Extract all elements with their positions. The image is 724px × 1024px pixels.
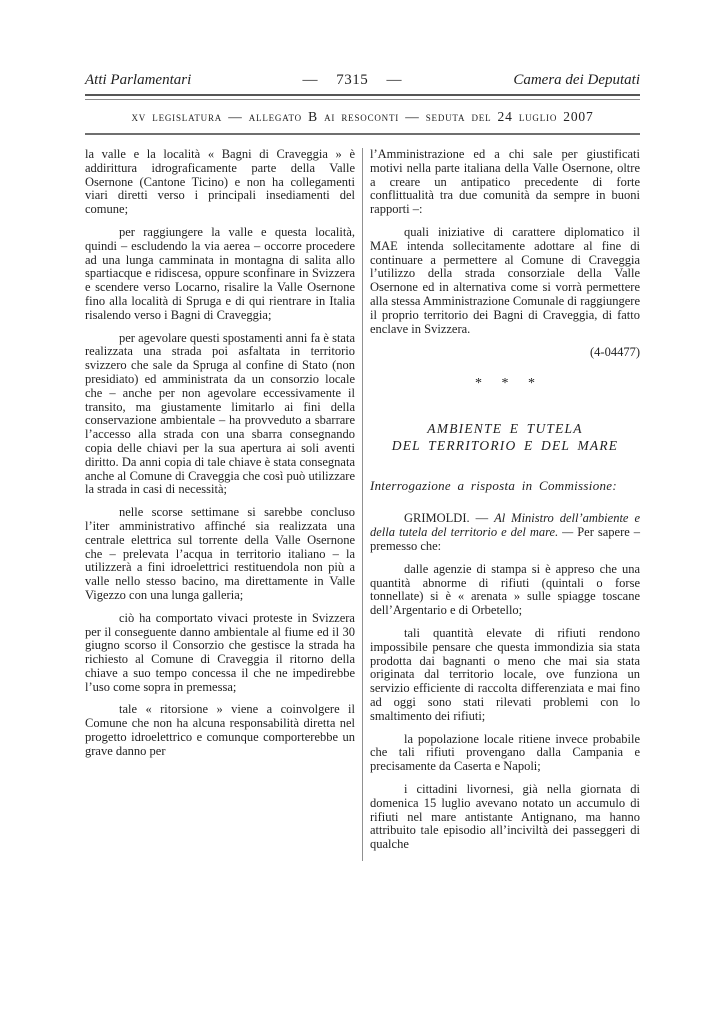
stars-separator: * * * <box>370 376 640 392</box>
body-paragraph: i cittadini livornesi, già nella giornat… <box>370 783 640 852</box>
body-paragraph: dalle agenzie di stampa si è appreso che… <box>370 563 640 618</box>
section-heading-line2: DEL TERRITORIO E DEL MARE <box>370 437 640 454</box>
interrogation-type-line: Interrogazione a risposta in Commissione… <box>370 478 640 494</box>
document-page: Atti Parlamentari — 7315 — Camera dei De… <box>0 0 724 1024</box>
chamber-title: Camera dei Deputati <box>513 72 640 89</box>
body-paragraph: la popolazione locale ritiene invece pro… <box>370 733 640 774</box>
page-number: — 7315 — <box>303 72 403 89</box>
body-paragraph: per agevolare questi spostamenti anni fa… <box>85 332 355 498</box>
left-column: la valle e la località « Bagni di Craveg… <box>85 148 362 861</box>
body-paragraph: nelle scorse settimane si sarebbe conclu… <box>85 506 355 603</box>
body-paragraph: per raggiungere la valle e questa locali… <box>85 226 355 323</box>
single-rule <box>85 133 640 135</box>
running-head: Atti Parlamentari — 7315 — Camera dei De… <box>85 72 640 89</box>
body-paragraph: la valle e la località « Bagni di Craveg… <box>85 148 355 217</box>
right-column: l’Amministrazione ed a chi sale per gius… <box>363 148 640 861</box>
journal-title: Atti Parlamentari <box>85 72 191 89</box>
interrogation-author: GRIMOLDI. — <box>404 511 494 525</box>
body-paragraph: l’Amministrazione ed a chi sale per gius… <box>370 148 640 217</box>
body-paragraph: ciò ha comportato vivaci proteste in Svi… <box>85 612 355 695</box>
section-heading-line1: AMBIENTE E TUTELA <box>370 420 640 437</box>
text-columns: la valle e la località « Bagni di Craveg… <box>85 148 640 861</box>
body-paragraph: tale « ritorsione » viene a coinvolgere … <box>85 703 355 758</box>
body-paragraph: tali quantità elevate di rifiuti rendono… <box>370 627 640 724</box>
document-number: (4-04477) <box>370 345 640 360</box>
section-heading: AMBIENTE E TUTELA DEL TERRITORIO E DEL M… <box>370 420 640 454</box>
body-paragraph: quali iniziative di carattere diplomatic… <box>370 226 640 336</box>
double-rule <box>85 94 640 100</box>
session-line: xv legislatura — allegato B ai resoconti… <box>85 109 640 125</box>
interrogation-opening: GRIMOLDI. — Al Ministro dell’ambiente e … <box>370 512 640 553</box>
